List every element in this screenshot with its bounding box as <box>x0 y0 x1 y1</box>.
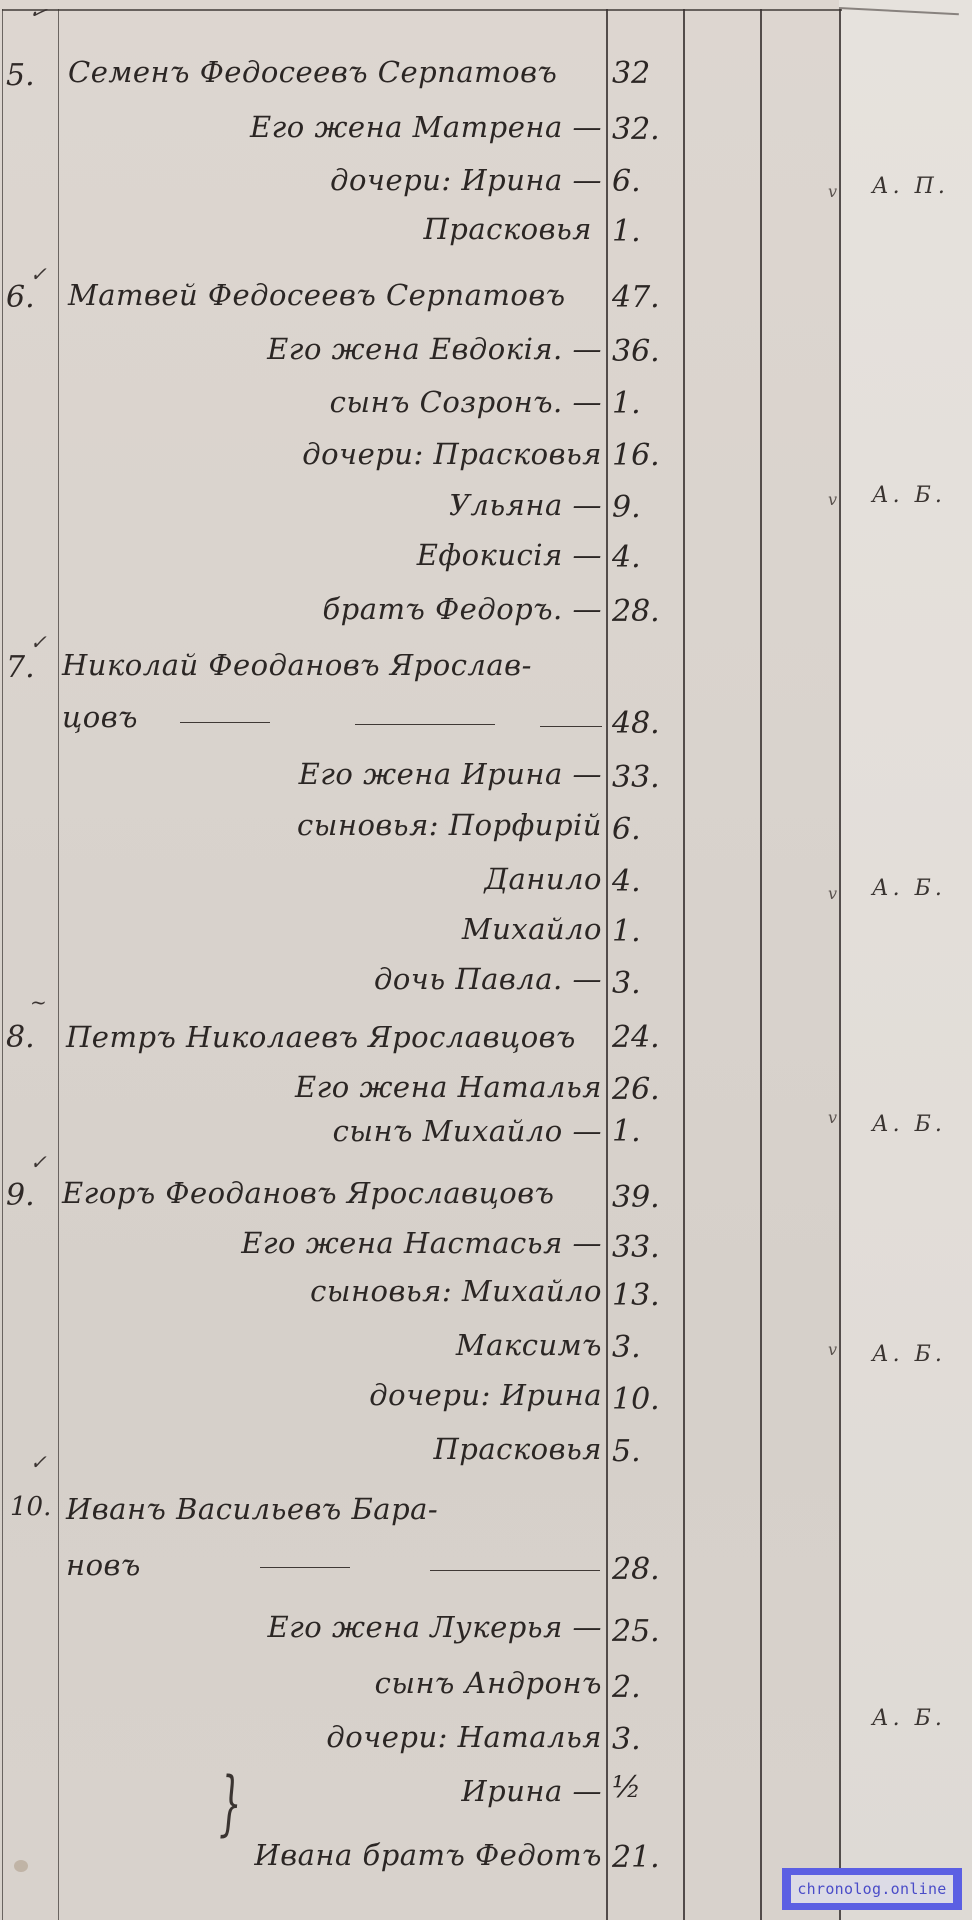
household-number: 8. <box>6 1020 54 1055</box>
family-member: сыновья: Порфирій <box>297 808 602 842</box>
family-member: Ивана братъ Федотъ <box>254 1838 602 1872</box>
age-value: 32. <box>612 112 682 147</box>
margin-tick: ⅴ <box>828 884 837 903</box>
fill-dash <box>540 726 602 727</box>
age-value: 36. <box>612 334 682 369</box>
right-margin-paper <box>839 0 972 1920</box>
family-member: дочь Павла. — <box>374 962 602 996</box>
age-value: ½ <box>612 1770 682 1805</box>
family-member: Его жена Евдокія. — <box>267 332 602 366</box>
age-value: 6. <box>612 812 682 847</box>
family-member: сынъ Андронъ <box>375 1666 602 1700</box>
family-member: дочери: Ирина <box>369 1378 602 1412</box>
age-value: 4. <box>612 540 682 575</box>
age-value: 13. <box>612 1278 682 1313</box>
fill-dash <box>355 724 495 725</box>
age-value: 28. <box>612 594 682 629</box>
name-column-rule <box>606 9 608 1920</box>
age-value: 1. <box>612 386 682 421</box>
fill-dash <box>180 722 270 723</box>
margin-tick: ⅴ <box>828 490 837 509</box>
watermark-text: chronolog.online <box>791 1875 953 1903</box>
margin-note: А. Б. <box>872 1706 946 1731</box>
age-value: 28. <box>612 1552 682 1587</box>
watermark-badge: chronolog.online <box>782 1868 962 1910</box>
family-member: Его жена Ирина — <box>299 757 602 791</box>
margin-note: А. Б. <box>872 483 946 508</box>
age-value: 33. <box>612 760 682 795</box>
column-rule-4 <box>760 9 762 1920</box>
age-column-rule <box>683 9 685 1920</box>
check-mark: ✓ <box>30 1150 47 1174</box>
margin-note: А. Б. <box>872 1112 946 1137</box>
age-value: 3. <box>612 966 682 1001</box>
family-member: сынъ Михайло — <box>333 1114 602 1148</box>
age-value: 16. <box>612 438 682 473</box>
fill-dash <box>430 1570 600 1571</box>
family-member: Его жена Наталья <box>295 1070 602 1104</box>
check-mark: ✓ <box>30 1450 47 1474</box>
number-column-rule <box>58 9 59 1920</box>
age-value: 21. <box>612 1840 682 1875</box>
column-rule-5 <box>839 9 841 1920</box>
family-member: Его жена Настасья — <box>241 1226 602 1260</box>
family-member: Прасковья <box>423 212 592 246</box>
fill-dash <box>260 1567 350 1568</box>
age-value: 4. <box>612 864 682 899</box>
head-of-household: Петръ Николаевъ Ярославцовъ <box>66 1020 576 1054</box>
left-edge-rule <box>2 9 3 1920</box>
family-member: Данило <box>484 862 602 896</box>
household-number: 5. <box>6 58 54 93</box>
age-value: 1. <box>612 214 682 249</box>
family-member: Прасковья <box>433 1432 602 1466</box>
top-rule <box>2 9 842 11</box>
margin-tick: ⅴ <box>828 1340 837 1359</box>
age-value: 2. <box>612 1670 682 1705</box>
head-of-household-cont: новъ <box>66 1548 141 1582</box>
age-value: 3. <box>612 1722 682 1757</box>
head-of-household-cont: цовъ <box>62 700 138 734</box>
family-member: братъ Федоръ. — <box>322 592 602 626</box>
family-member: Его жена Матрена — <box>250 110 602 144</box>
household-number: 10. <box>10 1492 58 1522</box>
household-number: 6. <box>6 280 54 315</box>
age-value: 26. <box>612 1072 682 1107</box>
family-member: сынъ Созронъ. — <box>330 385 602 419</box>
head-of-household: Николай Феодановъ Ярослав- <box>62 648 532 682</box>
margin-tick: ⅴ <box>828 182 837 201</box>
bracket-mark: } <box>219 1762 241 1844</box>
age-value: 10. <box>612 1382 682 1417</box>
age-value: 5. <box>612 1434 682 1469</box>
family-member: Ефокисія — <box>417 538 602 572</box>
head-of-household: Семенъ Федосеевъ Серпатовъ <box>68 55 557 89</box>
family-member: дочери: Ирина — <box>330 163 602 197</box>
age-value: 6. <box>612 164 682 199</box>
age-value: 32 <box>612 56 682 91</box>
age-value: 1. <box>612 1114 682 1149</box>
ink-stain <box>14 1860 28 1872</box>
age-value: 47. <box>612 280 682 315</box>
family-member: дочери: Наталья <box>326 1720 602 1754</box>
family-member: Ульяна — <box>449 488 602 522</box>
margin-note: А. Б. <box>872 1342 946 1367</box>
age-value: 24. <box>612 1020 682 1055</box>
margin-note: А. П. <box>872 174 949 199</box>
age-value: 48. <box>612 706 682 741</box>
check-mark: ✓ <box>26 0 50 26</box>
head-of-household: Матвей Федосеевъ Серпатовъ <box>68 278 566 312</box>
age-value: 25. <box>612 1614 682 1649</box>
family-member: дочери: Прасковья <box>302 437 602 471</box>
check-mark: ~ <box>30 990 47 1014</box>
family-member: Максимъ <box>456 1328 602 1362</box>
family-member: Ирина — <box>461 1774 602 1808</box>
household-number: 7. <box>6 650 54 685</box>
age-value: 3. <box>612 1330 682 1365</box>
age-value: 9. <box>612 490 682 525</box>
household-number: 9. <box>6 1178 54 1213</box>
age-value: 1. <box>612 914 682 949</box>
age-value: 33. <box>612 1230 682 1265</box>
family-member: Михайло <box>462 912 602 946</box>
age-value: 39. <box>612 1180 682 1215</box>
family-member: сыновья: Михайло <box>310 1274 602 1308</box>
family-member: Его жена Лукерья — <box>267 1610 602 1644</box>
head-of-household: Иванъ Васильевъ Бара- <box>66 1492 438 1526</box>
margin-note: А. Б. <box>872 876 946 901</box>
margin-tick: ⅴ <box>828 1108 837 1127</box>
head-of-household: Егоръ Феодановъ Ярославцовъ <box>62 1176 554 1210</box>
